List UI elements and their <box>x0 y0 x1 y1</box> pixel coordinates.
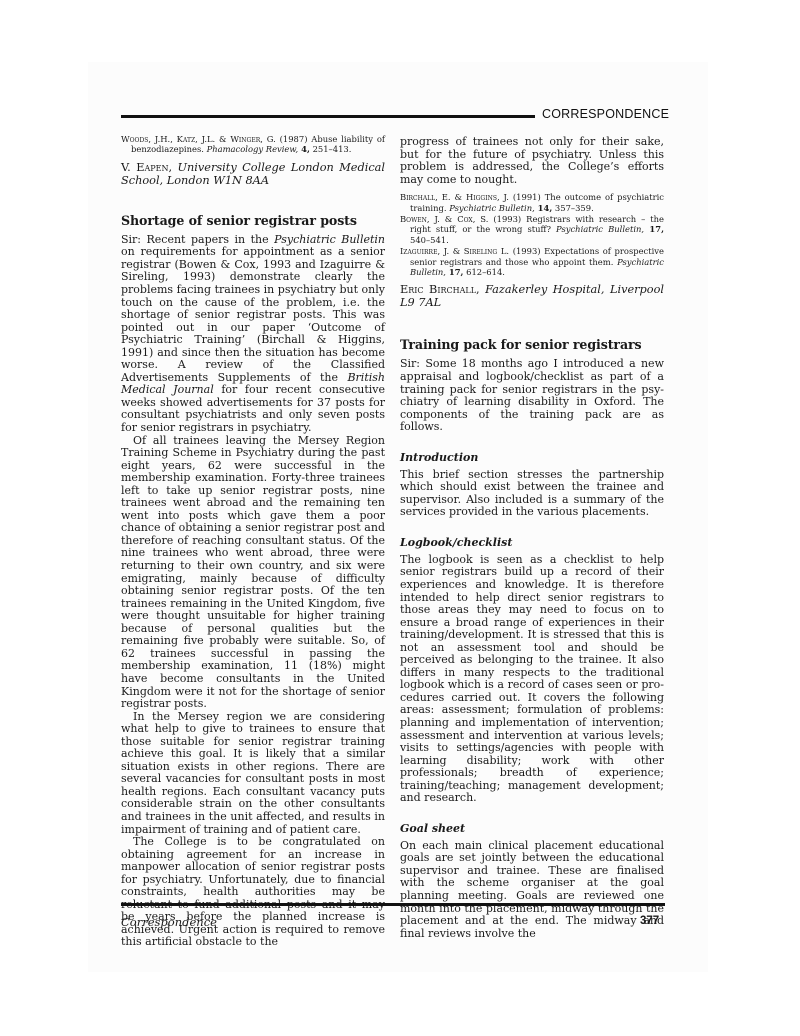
header-rule <box>121 115 535 118</box>
left-column: Woods, J.H., Katz, J.L. & Winger, G. (19… <box>121 134 385 949</box>
author-signature: Eric Birchall, Fazakerley Hospital, Live… <box>400 283 664 309</box>
section-heading: Goal sheet <box>400 822 664 835</box>
section-heading: Logbook/checklist <box>400 536 664 549</box>
signature-name: Eric Birchall, <box>400 283 480 296</box>
section-paragraph: On each main clinical placement educatio… <box>400 840 664 940</box>
article-paragraph: Sir: Recent papers in the Psychiatric Bu… <box>121 234 385 435</box>
article-paragraph: Sir: Some 18 months ago I introduced a n… <box>400 358 664 433</box>
section-heading: Introduction <box>400 451 664 464</box>
signature-name: V. Eapen, <box>121 161 172 174</box>
article-paragraph: Of all trainees leaving the Mersey Regio… <box>121 435 385 711</box>
article-title: Training pack for senior registrars <box>400 337 664 352</box>
reference-list: Birchall, E. & Higgins, J. (1991) The ou… <box>400 192 664 277</box>
reference-item: Birchall, E. & Higgins, J. (1991) The ou… <box>400 192 664 213</box>
footer-rule <box>121 903 665 906</box>
article-paragraph: In the Mersey region we are considering … <box>121 711 385 836</box>
footer-section-name: Correspondence <box>121 915 217 929</box>
reference-item: Izaguirre, J. & Sireling L. (1993) Expec… <box>400 246 664 277</box>
section-paragraph: The logbook is seen as a checklist to he… <box>400 554 664 805</box>
page-number: 377 <box>640 915 659 927</box>
reference-authors: Woods, J.H., Katz, J.L. & Winger, G. <box>121 134 276 144</box>
section-paragraph: This brief section stresses the partners… <box>400 469 664 519</box>
reference-item: Woods, J.H., Katz, J.L. & Winger, G. (19… <box>121 134 385 155</box>
article-paragraph: progress of trainees not only for their … <box>400 136 664 186</box>
article-title: Shortage of senior registrar posts <box>121 213 385 228</box>
running-head: CORRESPONDENCE <box>542 107 669 121</box>
right-column: progress of trainees not only for their … <box>400 136 664 940</box>
reference-item: Bowen, J. & Cox, S. (1993) Registrars wi… <box>400 214 664 245</box>
article-paragraph: The College is to be congratulated on ob… <box>121 836 385 949</box>
reference-journal: Phamacology Review, <box>207 144 299 154</box>
author-signature: V. Eapen, University College London Medi… <box>121 161 385 187</box>
